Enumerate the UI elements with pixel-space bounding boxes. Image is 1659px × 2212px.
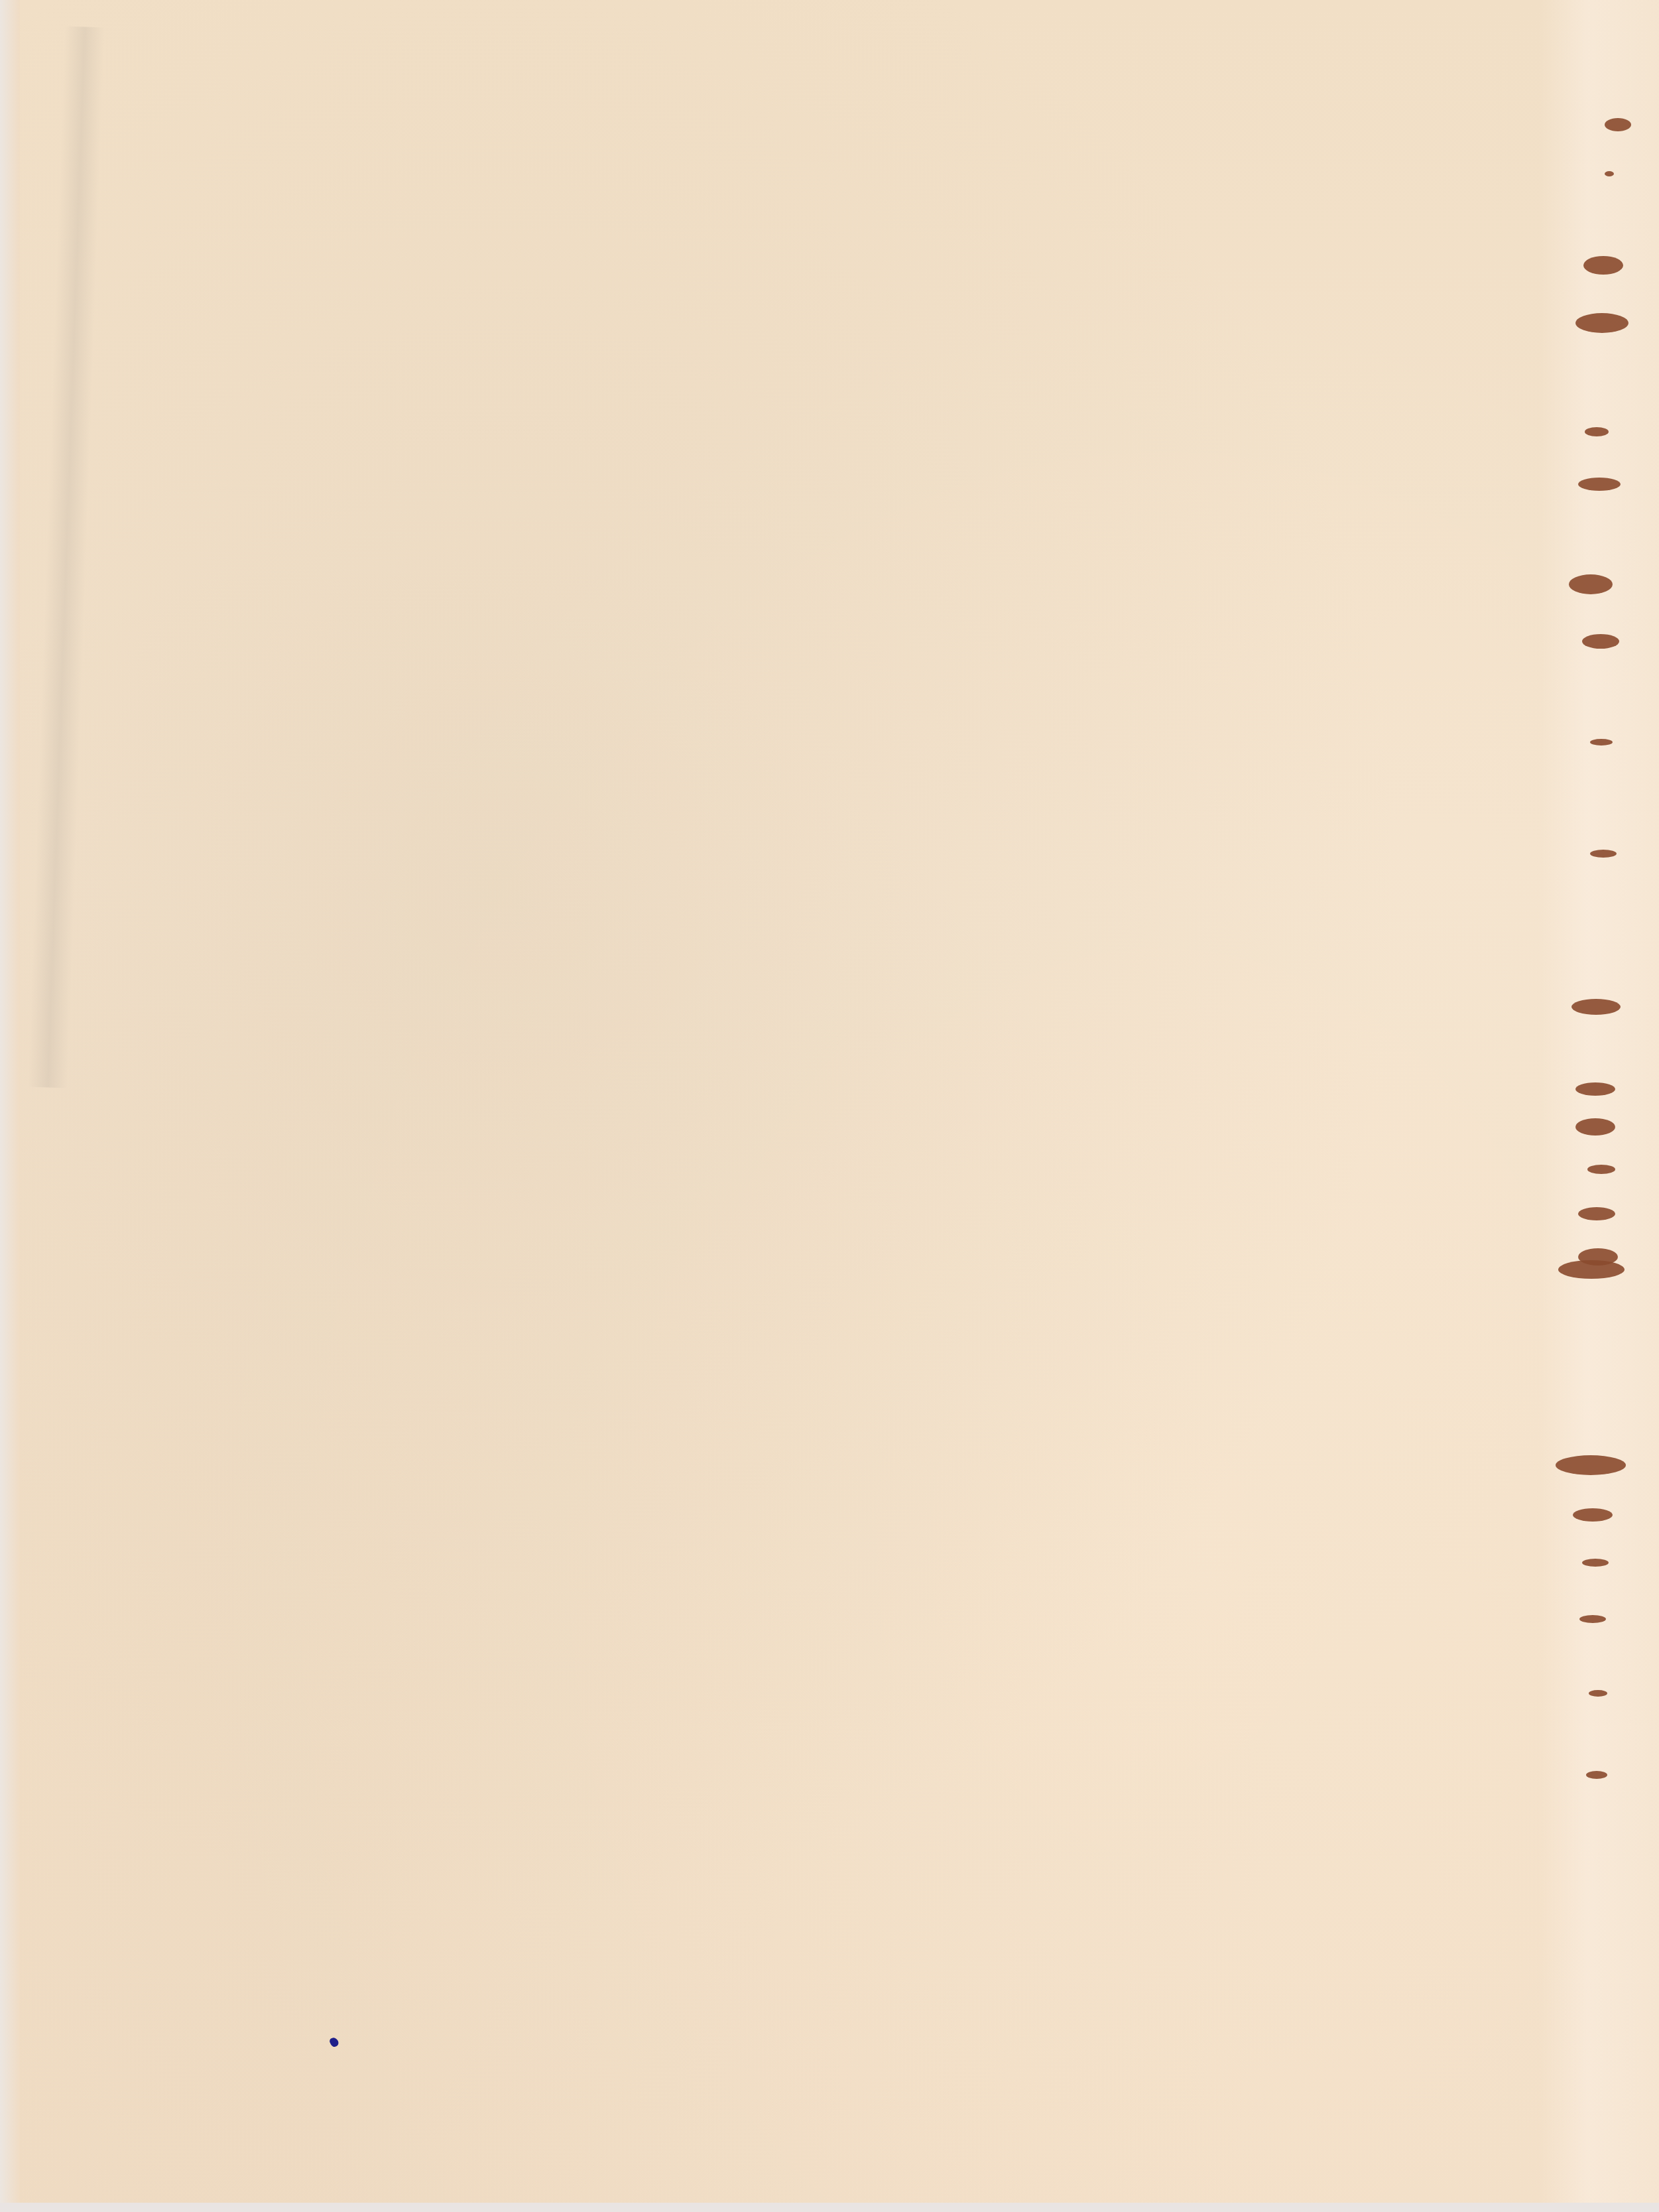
stain-mark bbox=[1558, 1260, 1625, 1279]
stain-mark bbox=[1575, 1082, 1615, 1096]
stain-mark bbox=[1571, 999, 1621, 1015]
bottom-edge bbox=[0, 2203, 1659, 2212]
paper-sheet bbox=[0, 0, 1659, 2212]
stain-mark bbox=[1569, 574, 1613, 594]
stain-mark bbox=[1605, 118, 1631, 131]
ink-dot bbox=[329, 2036, 340, 2048]
stain-mark bbox=[1575, 313, 1628, 333]
left-edge bbox=[0, 0, 20, 2212]
stain-mark bbox=[1583, 256, 1623, 275]
stain-mark bbox=[1586, 1771, 1607, 1779]
stain-mark bbox=[1556, 1455, 1626, 1475]
stain-mark bbox=[1573, 1508, 1613, 1522]
stain-mark bbox=[1605, 171, 1614, 176]
stain-mark bbox=[1578, 1207, 1615, 1220]
stain-mark bbox=[1590, 739, 1613, 746]
stain-mark bbox=[1590, 850, 1617, 858]
stain-mark bbox=[1575, 1118, 1615, 1136]
stain-mark bbox=[1582, 634, 1619, 649]
grey-streak bbox=[28, 26, 105, 1088]
stain-mark bbox=[1585, 427, 1609, 436]
stain-mark bbox=[1582, 1559, 1609, 1567]
stain-mark bbox=[1578, 478, 1621, 491]
stain-mark bbox=[1589, 1690, 1607, 1697]
stain-mark bbox=[1579, 1615, 1606, 1623]
stain-mark bbox=[1587, 1165, 1615, 1174]
